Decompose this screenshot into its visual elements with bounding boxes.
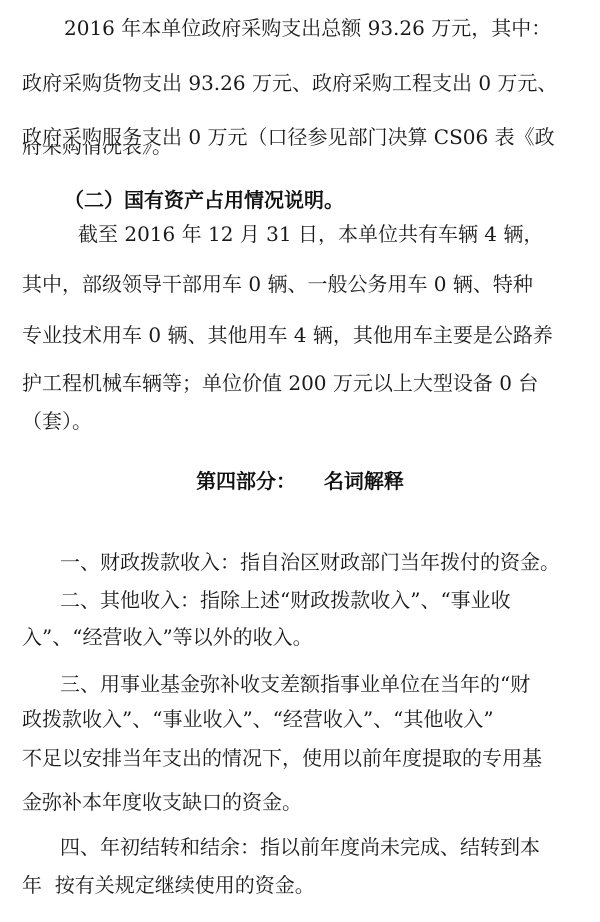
paragraph-line: 截至 2016 年 12 月 31 日，本单位共有车辆 4 辆，: [78, 222, 543, 246]
paragraph-line: 2016 年本单位政府采购支出总额 93.26 万元，其中：: [64, 16, 551, 40]
paragraph-line: 其中，部级领导干部用车 0 辆、一般公务用车 0 辆、特种: [22, 272, 533, 296]
paragraph-line: 府采购情况表》。: [22, 144, 172, 158]
section-title: 第四部分： 名词解释: [0, 469, 600, 493]
paragraph-line: 专业技术用车 0 辆、其他用车 4 辆，其他用车主要是公路养: [22, 323, 553, 347]
paragraph-line-text: 府采购情况表》。: [22, 144, 172, 158]
definition-line: 入”、“经营收入”等以外的收入。: [22, 625, 313, 649]
definition-line: 政拨款收入”、“事业收入”、“经营收入”、“其他收入”: [22, 707, 494, 731]
paragraph-line: 护工程机械车辆等；单位价值 200 万元以上大型设备 0 台: [22, 371, 538, 395]
subsection-heading: （二）国有资产占用情况说明。: [64, 188, 344, 212]
definition-line: 四、年初结转和结余：指以前年度尚未完成、结转到本: [60, 835, 540, 859]
definition-line: 三、用事业基金弥补收支差额指事业单位在当年的“财: [60, 672, 530, 696]
definition-line: 一、财政拨款收入：指自治区财政部门当年拨付的资金。: [60, 550, 560, 574]
definition-line: 二、其他收入：指除上述“财政拨款收入”、“事业收: [60, 588, 511, 612]
definition-line: 年 按有关规定继续使用的资金。: [22, 873, 315, 897]
paragraph-line: （套）。: [22, 409, 92, 433]
definition-line: 金弥补本年度收支缺口的资金。: [22, 790, 302, 814]
definition-line: 不足以安排当年支出的情况下，使用以前年度提取的专用基: [22, 746, 542, 770]
paragraph-line: 政府采购货物支出 93.26 万元、政府采购工程支出 0 万元、: [22, 71, 557, 95]
